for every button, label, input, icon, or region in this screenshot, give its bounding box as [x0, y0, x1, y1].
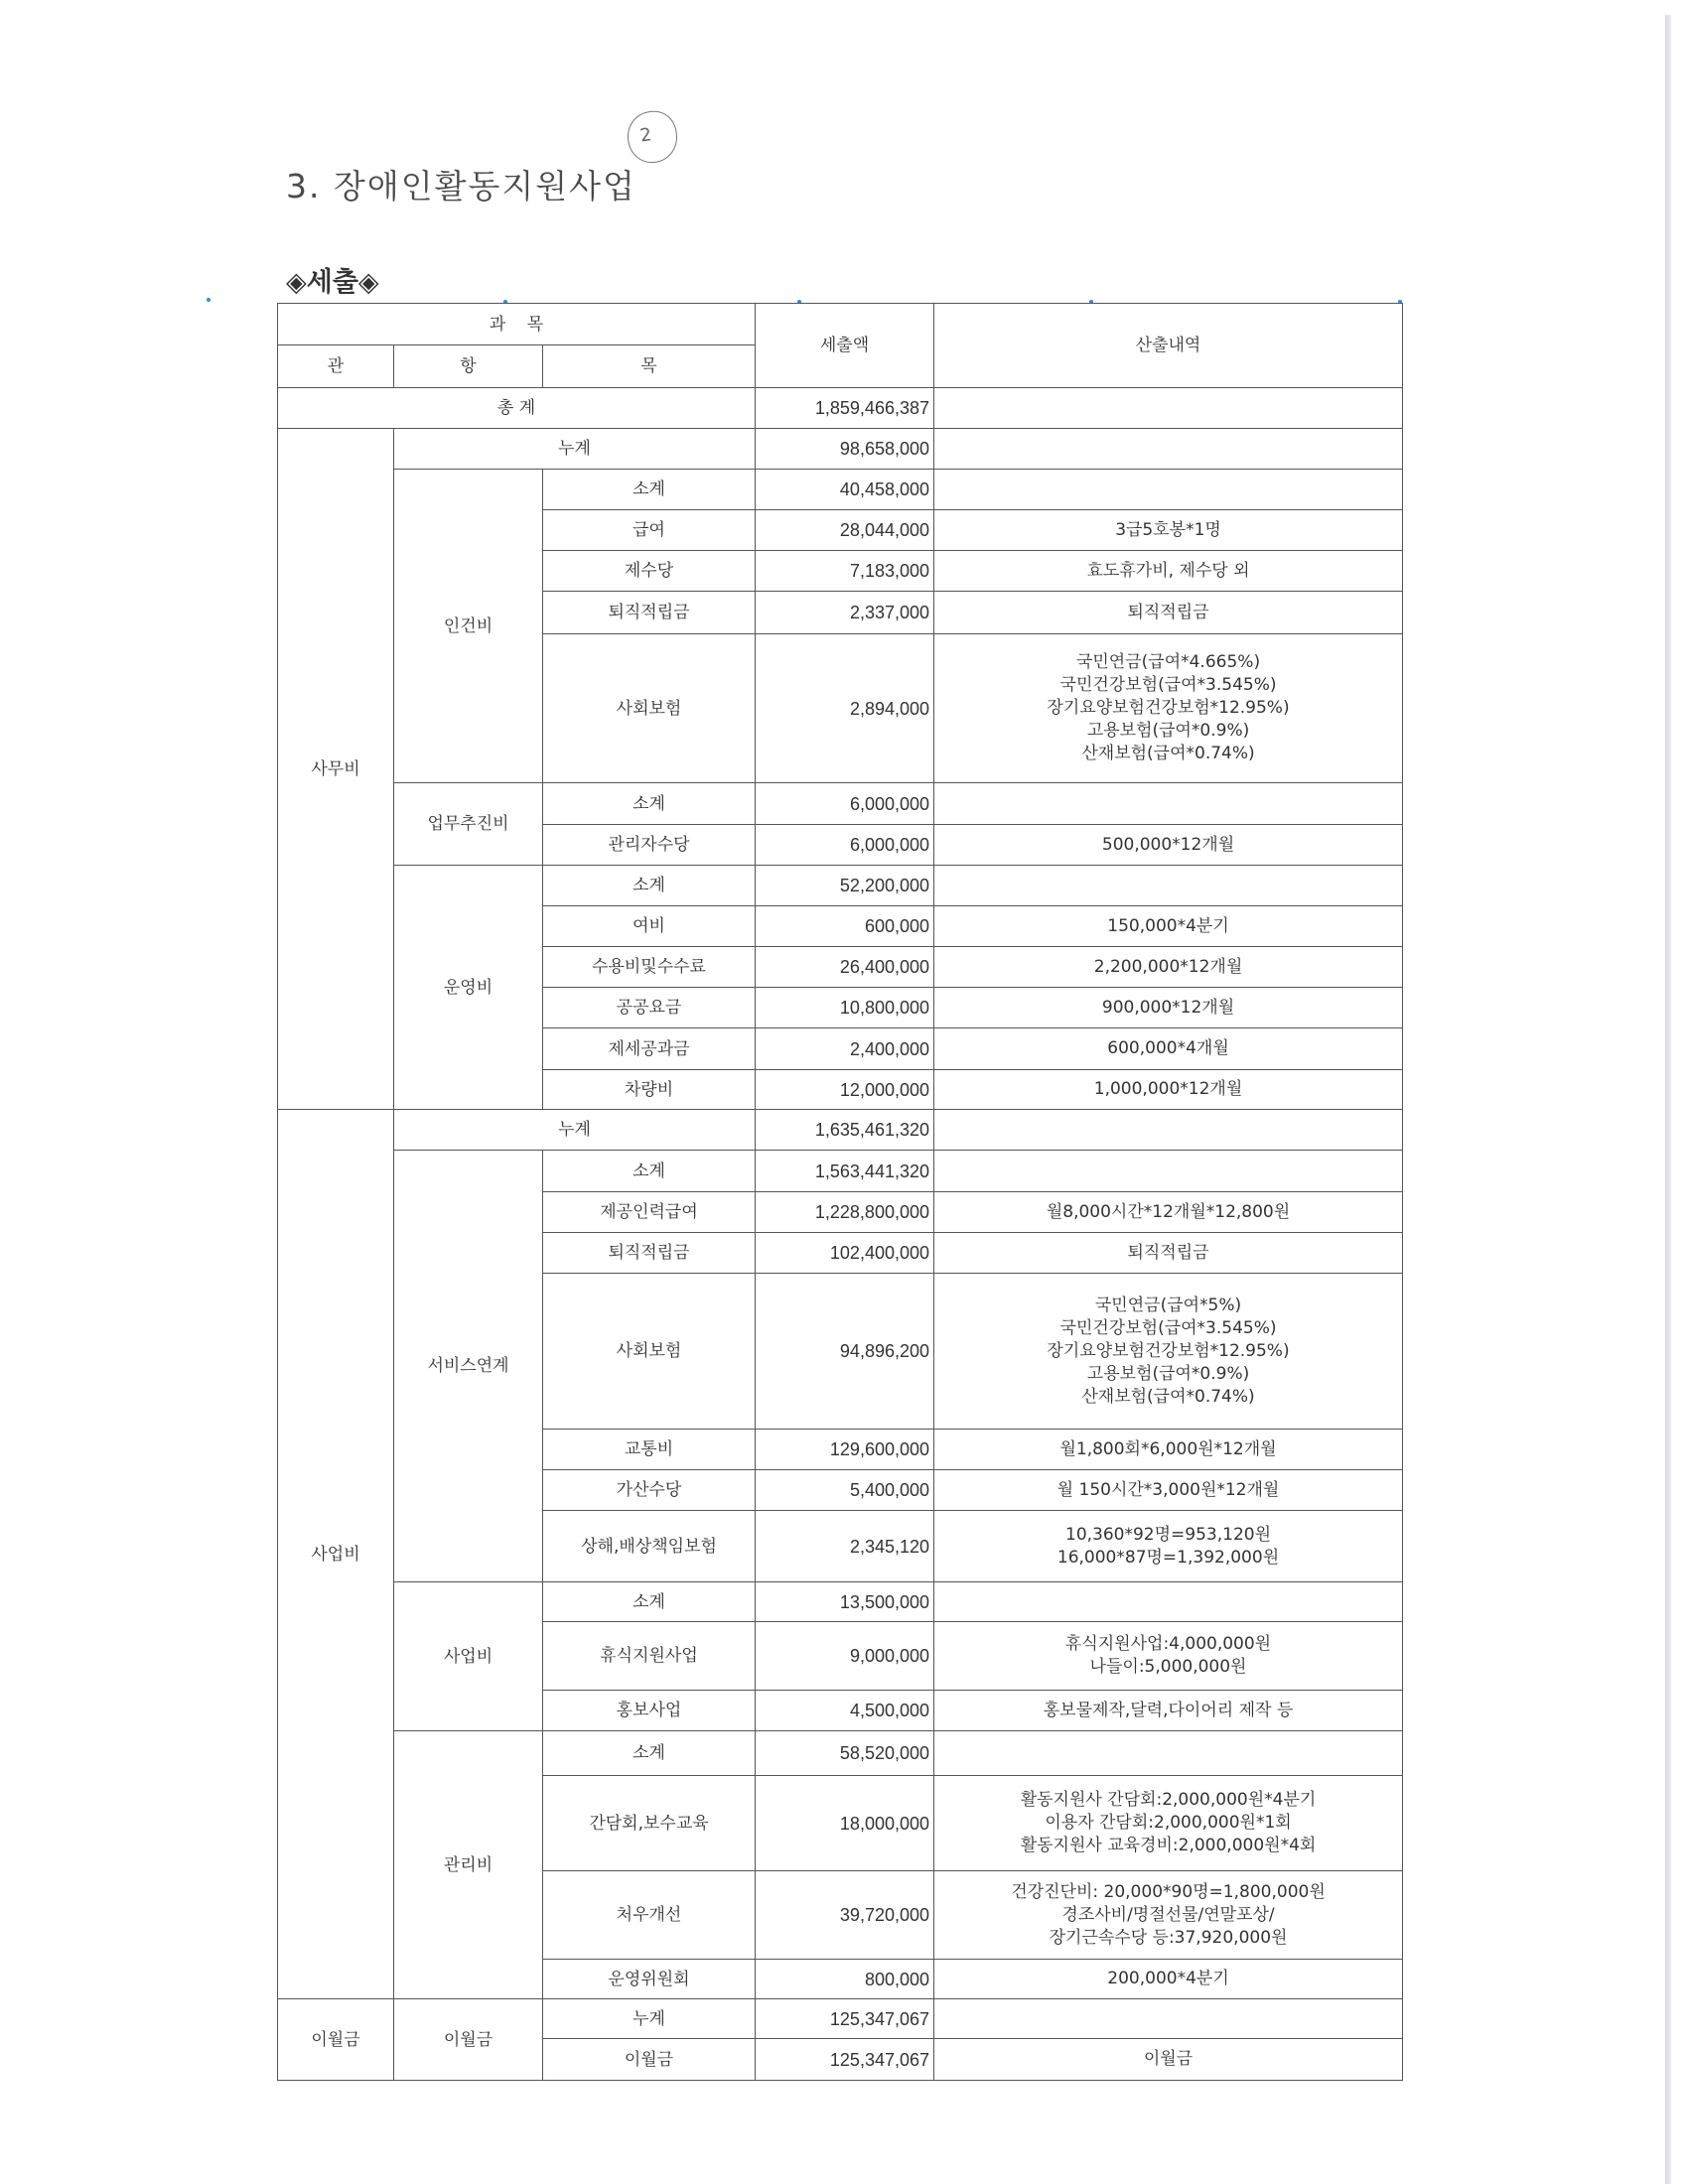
- mok-cell: 홍보사업: [543, 1691, 756, 1731]
- amount-cell: 7,183,000: [756, 551, 934, 592]
- detail-cell: [934, 1999, 1403, 2039]
- grand-total-detail: [934, 388, 1403, 429]
- detail-line: 국민건강보험(급여*3.545%): [940, 1317, 1396, 1340]
- detail-cell: 500,000*12개월: [934, 825, 1403, 866]
- detail-line: 500,000*12개월: [940, 834, 1396, 857]
- amount-cell: 12,000,000: [756, 1070, 934, 1110]
- mok-cell: 제수당: [543, 551, 756, 592]
- mok-cell: 여비: [543, 906, 756, 947]
- page-edge-shadow: [1665, 15, 1671, 2184]
- hang-cell: 운영비: [394, 866, 543, 1110]
- detail-cell: [934, 783, 1403, 825]
- header-hang: 항: [394, 345, 543, 388]
- amount-cell: 125,347,067: [756, 2039, 934, 2081]
- cumulative-label: 누계: [394, 1110, 756, 1151]
- mok-cell: 소계: [543, 1151, 756, 1192]
- cumulative-row: 사업비누계1,635,461,320: [278, 1110, 1403, 1151]
- detail-cell: 퇴직적립금: [934, 592, 1403, 634]
- amount-cell: 52,200,000: [756, 866, 934, 906]
- mok-cell: 교통비: [543, 1430, 756, 1470]
- section-heading: ◈세출◈: [286, 260, 379, 299]
- cumulative-amount: 98,658,000: [756, 429, 934, 470]
- detail-cell: 활동지원사 간담회:2,000,000원*4분기이용자 간담회:2,000,00…: [934, 1776, 1403, 1871]
- detail-cell: 휴식지원사업:4,000,000원나들이:5,000,000원: [934, 1622, 1403, 1691]
- hang-cell: 관리비: [394, 1731, 543, 1999]
- amount-cell: 129,600,000: [756, 1430, 934, 1470]
- table-row: 서비스연계소계1,563,441,320: [278, 1151, 1403, 1192]
- detail-cell: 10,360*92명=953,120원16,000*87명=1,392,000원: [934, 1511, 1403, 1582]
- mok-cell: 제공인력급여: [543, 1192, 756, 1233]
- detail-line: 1,000,000*12개월: [940, 1078, 1396, 1101]
- hang-cell: 사업비: [394, 1582, 543, 1731]
- amount-cell: 13,500,000: [756, 1582, 934, 1622]
- detail-cell: [934, 470, 1403, 510]
- detail-line: 장기요양보험건강보험*12.95%): [940, 697, 1396, 720]
- amount-cell: 1,228,800,000: [756, 1192, 934, 1233]
- mok-cell: 누계: [543, 1999, 756, 2039]
- detail-line: 국민연금(급여*5%): [940, 1295, 1396, 1317]
- detail-line: 장기요양보험건강보험*12.95%): [940, 1340, 1396, 1363]
- amount-cell: 1,563,441,320: [756, 1151, 934, 1192]
- detail-line: 건강진단비: 20,000*90명=1,800,000원: [940, 1881, 1396, 1904]
- detail-line: 퇴직적립금: [940, 602, 1396, 624]
- mok-cell: 관리자수당: [543, 825, 756, 866]
- mok-cell: 소계: [543, 866, 756, 906]
- detail-cell: [934, 1582, 1403, 1622]
- detail-cell: 월 150시간*3,000원*12개월: [934, 1470, 1403, 1511]
- detail-line: 활동지원사 간담회:2,000,000원*4분기: [940, 1789, 1396, 1812]
- grand-total-label: 총 계: [278, 388, 756, 429]
- mok-cell: 급여: [543, 510, 756, 551]
- detail-cell: 150,000*4분기: [934, 906, 1403, 947]
- amount-cell: 58,520,000: [756, 1731, 934, 1776]
- detail-line: 홍보물제작,달력,다이어리 제작 등: [940, 1700, 1396, 1722]
- amount-cell: 28,044,000: [756, 510, 934, 551]
- hang-cell: 업무추진비: [394, 783, 543, 866]
- detail-line: 산재보험(급여*0.74%): [940, 743, 1396, 765]
- detail-line: 국민연금(급여*4.665%): [940, 651, 1396, 674]
- mok-cell: 수용비및수수료: [543, 947, 756, 988]
- detail-line: 10,360*92명=953,120원: [940, 1524, 1396, 1547]
- mok-cell: 휴식지원사업: [543, 1622, 756, 1691]
- detail-line: 월 150시간*3,000원*12개월: [940, 1479, 1396, 1502]
- mok-cell: 가산수당: [543, 1470, 756, 1511]
- mok-cell: 이월금: [543, 2039, 756, 2081]
- gwan-cell: 사업비: [278, 1110, 394, 1999]
- detail-cell: 월1,800회*6,000원*12개월: [934, 1430, 1403, 1470]
- gwan-cell: 사무비: [278, 429, 394, 1110]
- detail-cell: 600,000*4개월: [934, 1028, 1403, 1070]
- header-subject: 과 목: [278, 304, 756, 345]
- table-row: 운영비소계52,200,000: [278, 866, 1403, 906]
- hang-cell: 인건비: [394, 470, 543, 783]
- amount-cell: 2,400,000: [756, 1028, 934, 1070]
- detail-cell: 퇴직적립금: [934, 1233, 1403, 1274]
- table-row: 관리비소계58,520,000: [278, 1731, 1403, 1776]
- grand-total-row: 총 계 1,859,466,387: [278, 388, 1403, 429]
- table-row: 사업비소계13,500,000: [278, 1582, 1403, 1622]
- detail-line: 월8,000시간*12개월*12,800원: [940, 1201, 1396, 1224]
- detail-line: 효도휴가비, 제수당 외: [940, 560, 1396, 583]
- detail-cell: 200,000*4분기: [934, 1960, 1403, 1999]
- detail-line: 국민건강보험(급여*3.545%): [940, 674, 1396, 697]
- amount-cell: 39,720,000: [756, 1871, 934, 1960]
- amount-cell: 94,896,200: [756, 1274, 934, 1430]
- mok-cell: 처우개선: [543, 1871, 756, 1960]
- detail-cell: [934, 1151, 1403, 1192]
- cumulative-label: 누계: [394, 429, 756, 470]
- header-gwan: 관: [278, 345, 394, 388]
- amount-cell: 9,000,000: [756, 1622, 934, 1691]
- annotation-text: 2: [638, 124, 652, 146]
- header-mok: 목: [543, 345, 756, 388]
- detail-line: 휴식지원사업:4,000,000원: [940, 1633, 1396, 1656]
- detail-cell: 효도휴가비, 제수당 외: [934, 551, 1403, 592]
- gwan-cell: 이월금: [278, 1999, 394, 2081]
- mok-cell: 사회보험: [543, 634, 756, 783]
- amount-cell: 125,347,067: [756, 1999, 934, 2039]
- amount-cell: 4,500,000: [756, 1691, 934, 1731]
- amount-cell: 600,000: [756, 906, 934, 947]
- amount-cell: 5,400,000: [756, 1470, 934, 1511]
- mok-cell: 상해,배상책임보험: [543, 1511, 756, 1582]
- detail-cell: 국민연금(급여*5%)국민건강보험(급여*3.545%)장기요양보험건강보험*1…: [934, 1274, 1403, 1430]
- grand-total-amount: 1,859,466,387: [756, 388, 934, 429]
- detail-cell: 월8,000시간*12개월*12,800원: [934, 1192, 1403, 1233]
- table-row: 이월금이월금누계125,347,067: [278, 1999, 1403, 2039]
- mok-cell: 소계: [543, 1731, 756, 1776]
- detail-line: 산재보험(급여*0.74%): [940, 1386, 1396, 1409]
- mok-cell: 소계: [543, 783, 756, 825]
- mok-cell: 사회보험: [543, 1274, 756, 1430]
- detail-cell: 홍보물제작,달력,다이어리 제작 등: [934, 1691, 1403, 1731]
- mok-cell: 소계: [543, 1582, 756, 1622]
- mok-cell: 공공요금: [543, 988, 756, 1028]
- amount-cell: 6,000,000: [756, 825, 934, 866]
- detail-line: 이월금: [940, 2048, 1396, 2071]
- detail-line: 150,000*4분기: [940, 915, 1396, 938]
- amount-cell: 102,400,000: [756, 1233, 934, 1274]
- amount-cell: 26,400,000: [756, 947, 934, 988]
- detail-line: 월1,800회*6,000원*12개월: [940, 1438, 1396, 1461]
- mok-cell: 운영위원회: [543, 1960, 756, 1999]
- cumulative-detail: [934, 1110, 1403, 1151]
- detail-line: 장기근속수당 등:37,920,000원: [940, 1927, 1396, 1950]
- detail-line: 2,200,000*12개월: [940, 956, 1396, 979]
- handwritten-page-mark: 2: [625, 108, 681, 166]
- detail-line: 900,000*12개월: [940, 997, 1396, 1020]
- mok-cell: 제세공과금: [543, 1028, 756, 1070]
- detail-cell: 1,000,000*12개월: [934, 1070, 1403, 1110]
- detail-cell: [934, 866, 1403, 906]
- amount-cell: 2,345,120: [756, 1511, 934, 1582]
- detail-line: 고용보험(급여*0.9%): [940, 720, 1396, 743]
- detail-line: 600,000*4개월: [940, 1037, 1396, 1060]
- mok-cell: 차량비: [543, 1070, 756, 1110]
- cumulative-row: 사무비누계98,658,000: [278, 429, 1403, 470]
- mok-cell: 간담회,보수교육: [543, 1776, 756, 1871]
- mok-cell: 소계: [543, 470, 756, 510]
- detail-cell: 900,000*12개월: [934, 988, 1403, 1028]
- header-detail: 산출내역: [934, 304, 1403, 388]
- detail-line: 16,000*87명=1,392,000원: [940, 1547, 1396, 1570]
- detail-line: 퇴직적립금: [940, 1242, 1396, 1265]
- cumulative-detail: [934, 429, 1403, 470]
- amount-cell: 800,000: [756, 1960, 934, 1999]
- detail-cell: 국민연금(급여*4.665%)국민건강보험(급여*3.545%)장기요양보험건강…: [934, 634, 1403, 783]
- scan-dot: [207, 298, 211, 302]
- mok-cell: 퇴직적립금: [543, 592, 756, 634]
- table-row: 업무추진비소계6,000,000: [278, 783, 1403, 825]
- page-title: 3. 장애인활동지원사업: [286, 161, 636, 207]
- mok-cell: 퇴직적립금: [543, 1233, 756, 1274]
- header-amount: 세출액: [756, 304, 934, 388]
- detail-line: 경조사비/명절선물/연말포상/: [940, 1904, 1396, 1927]
- cumulative-amount: 1,635,461,320: [756, 1110, 934, 1151]
- detail-line: 이용자 간담회:2,000,000원*1회: [940, 1812, 1396, 1835]
- amount-cell: 18,000,000: [756, 1776, 934, 1871]
- detail-line: 3급5호봉*1명: [940, 519, 1396, 542]
- detail-cell: 2,200,000*12개월: [934, 947, 1403, 988]
- expenditure-table: 과 목 세출액 산출내역 관 항 목 총 계 1,859,466,387 사무비…: [277, 303, 1403, 2081]
- detail-line: 고용보험(급여*0.9%): [940, 1363, 1396, 1386]
- amount-cell: 10,800,000: [756, 988, 934, 1028]
- amount-cell: 2,337,000: [756, 592, 934, 634]
- table-row: 인건비소계40,458,000: [278, 470, 1403, 510]
- detail-line: 나들이:5,000,000원: [940, 1656, 1396, 1679]
- amount-cell: 6,000,000: [756, 783, 934, 825]
- amount-cell: 40,458,000: [756, 470, 934, 510]
- hang-cell: 이월금: [394, 1999, 543, 2081]
- detail-cell: 3급5호봉*1명: [934, 510, 1403, 551]
- detail-line: 200,000*4분기: [940, 1968, 1396, 1990]
- detail-line: 활동지원사 교육경비:2,000,000원*4회: [940, 1835, 1396, 1857]
- hang-cell: 서비스연계: [394, 1151, 543, 1582]
- amount-cell: 2,894,000: [756, 634, 934, 783]
- header-row-1: 과 목 세출액 산출내역: [278, 304, 1403, 345]
- detail-cell: 건강진단비: 20,000*90명=1,800,000원경조사비/명절선물/연말…: [934, 1871, 1403, 1960]
- detail-cell: 이월금: [934, 2039, 1403, 2081]
- detail-cell: [934, 1731, 1403, 1776]
